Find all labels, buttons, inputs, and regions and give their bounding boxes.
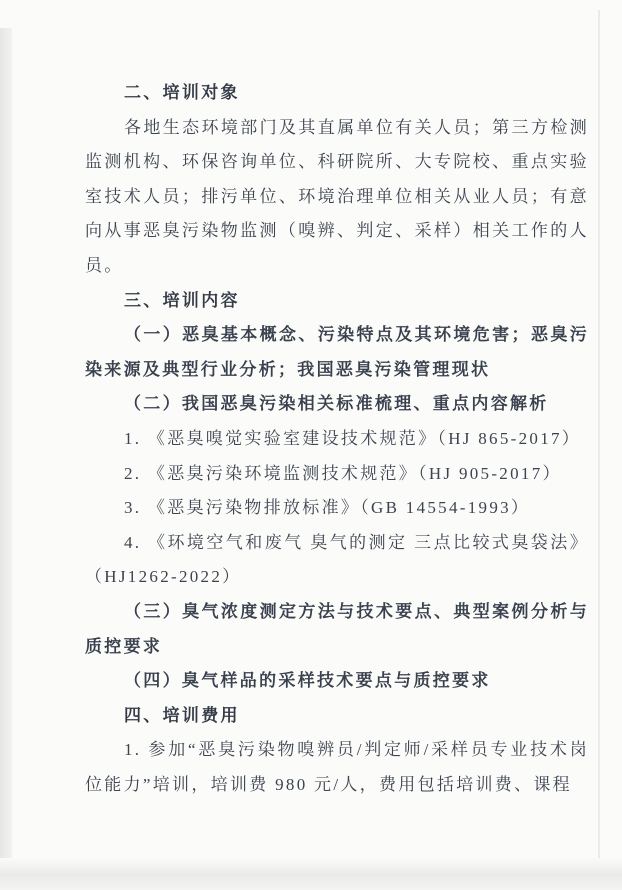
paragraph-training-fee: 1. 参加“恶臭污染物嗅辨员/判定师/采样员专业技术岗位能力”培训，培训费 98… (85, 733, 589, 802)
document-body: 二、培训对象 各地生态环境部门及其直属单位有关人员；第三方检测监测机构、环保咨询… (85, 76, 589, 802)
sub-item-4: （四）臭气样品的采样技术要点与质控要求 (85, 664, 589, 699)
sub-item-3: （三）臭气浓度测定方法与技术要点、典型案例分析与质控要求 (85, 595, 589, 664)
standard-item-2: 2. 《恶臭污染环境监测技术规范》（HJ 905-2017） (85, 457, 589, 492)
section-heading-training-content: 三、培训内容 (85, 284, 589, 319)
page-right-edge-line (598, 10, 600, 865)
section-heading-training-fee: 四、培训费用 (85, 699, 589, 734)
standard-item-4: 4. 《环境空气和废气 臭气的测定 三点比较式臭袋法》（HJ1262-2022） (85, 526, 589, 595)
scanned-page: 二、培训对象 各地生态环境部门及其直属单位有关人员；第三方检测监测机构、环保咨询… (0, 0, 622, 890)
sub-item-2: （二）我国恶臭污染相关标准梳理、重点内容解析 (85, 387, 589, 422)
standard-item-3: 3. 《恶臭污染物排放标准》（GB 14554-1993） (85, 491, 589, 526)
paragraph-training-targets: 各地生态环境部门及其直属单位有关人员；第三方检测监测机构、环保咨询单位、科研院所… (85, 111, 589, 284)
sub-item-1: （一）恶臭基本概念、污染特点及其环境危害；恶臭污染来源及典型行业分析；我国恶臭污… (85, 318, 589, 387)
page-bottom-edge-shadow (0, 874, 622, 890)
standard-item-1: 1. 《恶臭嗅觉实验室建设技术规范》（HJ 865-2017） (85, 422, 589, 457)
page-bottom-shade (0, 858, 622, 874)
section-heading-training-targets: 二、培训对象 (85, 76, 589, 111)
page-left-edge-shadow (0, 28, 12, 876)
